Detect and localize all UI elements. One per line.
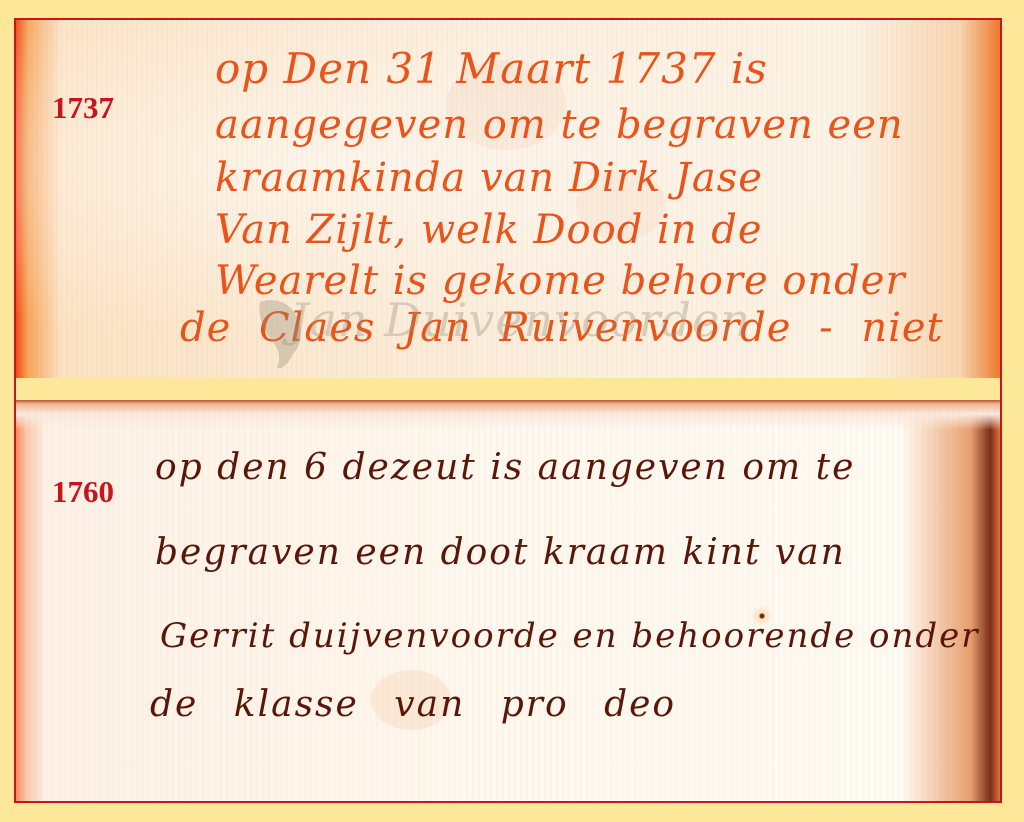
year-label-1737: 1737 [52, 90, 114, 126]
watermark-text: Jan Duivenvoorden [290, 293, 751, 347]
entry-1737-line-1: op Den 31 Maart 1737 is [215, 44, 768, 93]
entry-1760-line-1: op den 6 dezeut is aangeven om te [155, 447, 855, 488]
entry-1760-line-2: begraven een doot kraam kint van [155, 532, 846, 573]
year-label-1760: 1760 [52, 474, 114, 510]
entry-1760-line-4: de klasse van pro deo [150, 684, 676, 725]
panel-divider [16, 378, 1000, 400]
entry-1737-line-4: Van Zijlt, welk Dood in de [215, 207, 763, 253]
entry-1737-line-2: aangegeven om te begraven een [215, 102, 904, 148]
entry-1737-line-3: kraamkinda van Dirk Jase [215, 155, 763, 201]
entry-1760-line-3: Gerrit duijvenvoorde en behoorende onder [160, 616, 980, 656]
